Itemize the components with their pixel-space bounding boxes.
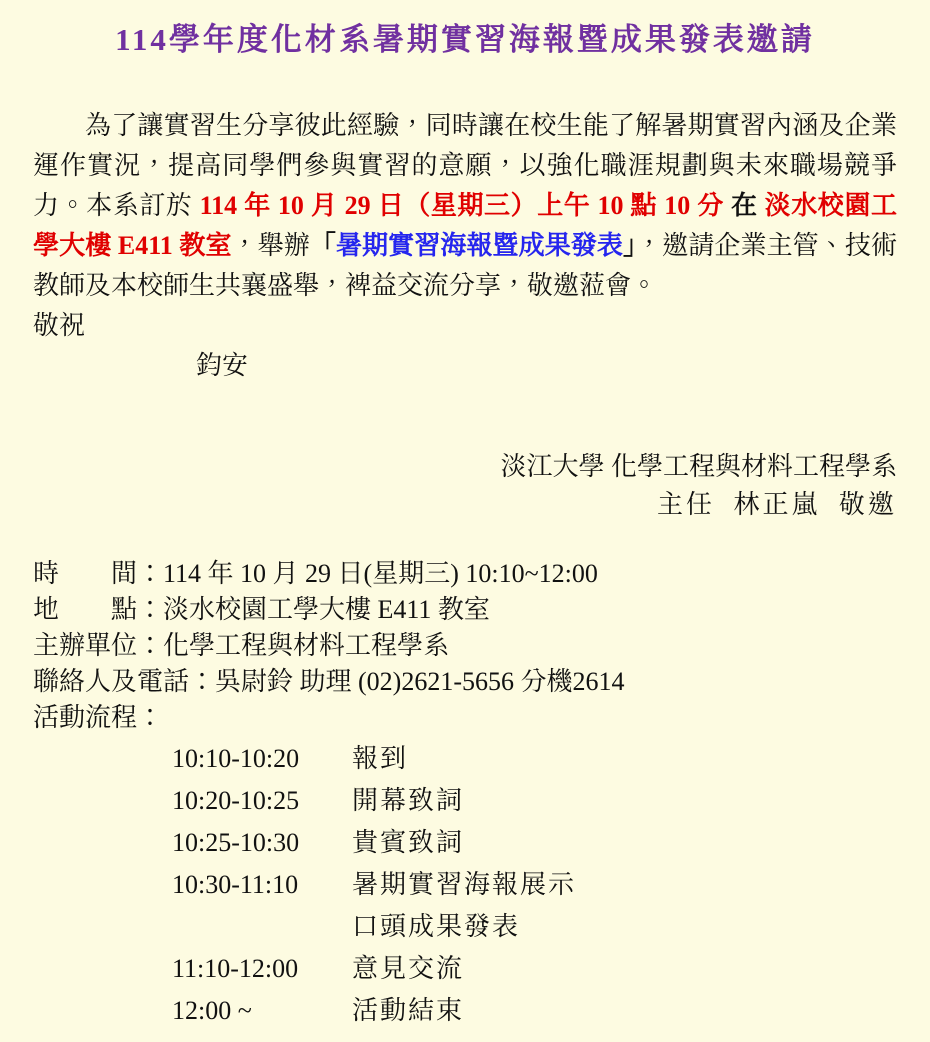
event-schedule: 10:10-10:20 報到 10:20-10:25 開幕致詞 10:25-10… xyxy=(33,738,897,1032)
schedule-row: 10:20-10:25 開幕致詞 xyxy=(33,780,897,822)
schedule-activity: 暑期實習海報展示 xyxy=(352,864,576,906)
signature-chair: 主任 林正嵐 敬邀 xyxy=(33,486,897,524)
closing-salute: 敬祝 xyxy=(33,306,897,346)
schedule-activity: 報到 xyxy=(352,738,408,780)
schedule-activity: 活動結束 xyxy=(352,990,464,1032)
schedule-activity: 意見交流 xyxy=(352,948,464,990)
schedule-activity: 口頭成果發表 xyxy=(352,906,520,948)
schedule-time: 10:25-10:30 xyxy=(172,822,352,864)
schedule-row: 11:10-12:00 意見交流 xyxy=(33,948,897,990)
text-segment-red-bold: 114 年 10 月 29 日（星期三）上午 10 點 10 分 xyxy=(200,191,724,220)
text-segment-blue-bold: 暑期實習海報暨成果發表 xyxy=(336,231,623,260)
schedule-activity: 開幕致詞 xyxy=(352,780,464,822)
schedule-row: 10:10-10:20 報到 xyxy=(33,738,897,780)
schedule-activity: 貴賓致詞 xyxy=(352,822,464,864)
page-title: 114學年度化材系暑期實習海報暨成果發表邀請 xyxy=(33,20,897,60)
event-info-line: 時 間：114 年 10 月 29 日(星期三) 10:10~12:00 xyxy=(33,556,897,592)
event-info-list: 時 間：114 年 10 月 29 日(星期三) 10:10~12:00 地 點… xyxy=(33,556,897,736)
signature-block: 淡江大學 化學工程與材料工程學系 主任 林正嵐 敬邀 xyxy=(33,448,897,524)
schedule-row: 10:25-10:30 貴賓致詞 xyxy=(33,822,897,864)
event-info-line: 地 點：淡水校園工學大樓 E411 教室 xyxy=(33,592,897,628)
schedule-time: 10:20-10:25 xyxy=(172,780,352,822)
schedule-row: 10:30-11:10 暑期實習海報展示 xyxy=(33,864,897,906)
text-segment-black-bold: 「 xyxy=(310,231,336,260)
schedule-row: 12:00 ~ 活動結束 xyxy=(33,990,897,1032)
schedule-time: 12:00 ~ xyxy=(172,990,352,1032)
schedule-time: 10:30-11:10 xyxy=(172,864,352,906)
schedule-time xyxy=(172,906,352,948)
signature-department: 淡江大學 化學工程與材料工程學系 xyxy=(33,448,897,486)
invitation-document: 114學年度化材系暑期實習海報暨成果發表邀請 為了讓實習生分享彼此經驗，同時讓在… xyxy=(0,0,930,1042)
closing-wish: 鈞安 xyxy=(196,346,897,386)
schedule-row: 口頭成果發表 xyxy=(33,906,897,948)
schedule-time: 10:10-10:20 xyxy=(172,738,352,780)
text-segment-black-bold: 在 xyxy=(724,191,765,220)
event-info-line: 活動流程： xyxy=(33,700,897,736)
event-info-line: 聯絡人及電話：吳尉鈴 助理 (02)2621-5656 分機2614 xyxy=(33,664,897,700)
schedule-time: 11:10-12:00 xyxy=(172,948,352,990)
text-segment-black-bold: 」 xyxy=(623,231,636,260)
event-info-line: 主辦單位：化學工程與材料工程學系 xyxy=(33,628,897,664)
text-segment-normal: ，舉辦 xyxy=(232,231,310,260)
invitation-paragraph: 為了讓實習生分享彼此經驗，同時讓在校生能了解暑期實習內涵及企業運作實況，提高同學… xyxy=(33,106,897,306)
